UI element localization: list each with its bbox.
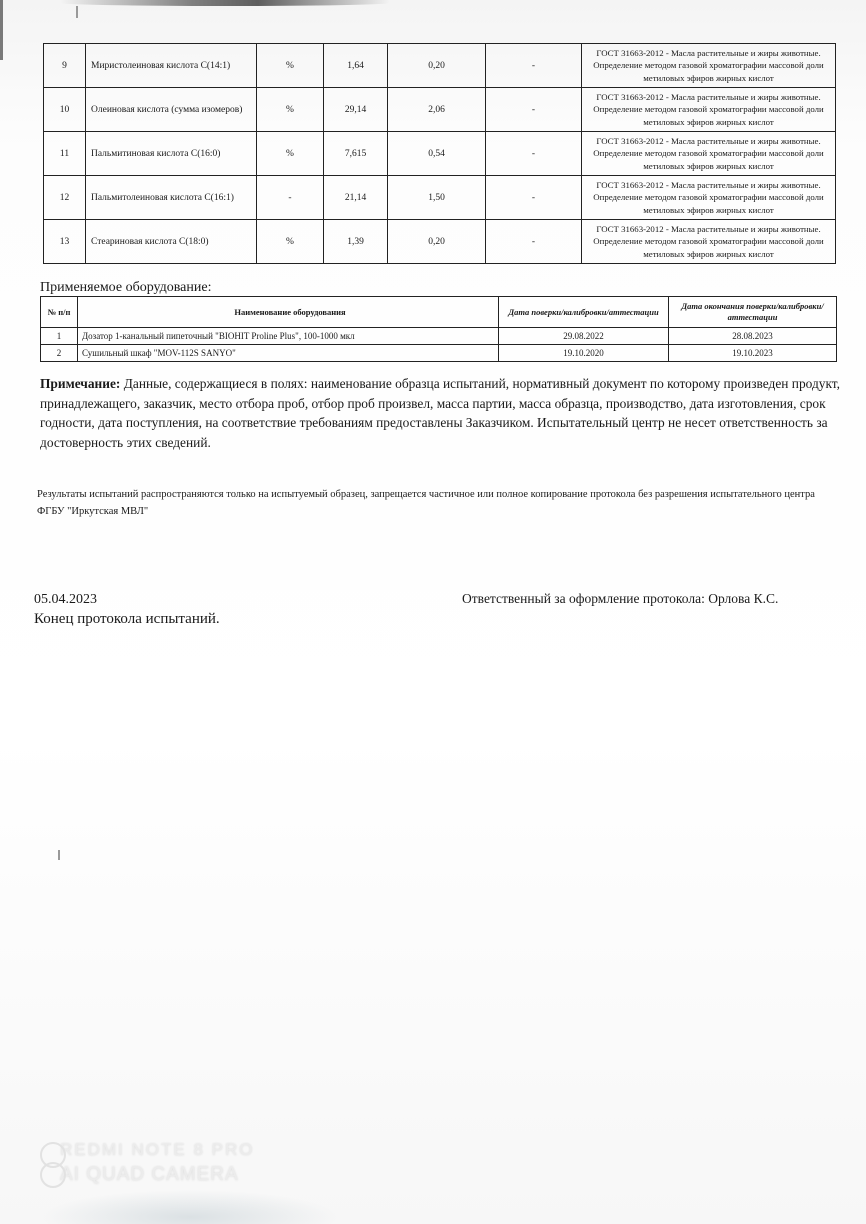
table-header-row: № п/п Наименование оборудования Дата пов… — [41, 297, 837, 328]
camera-watermark: REDMI NOTE 8 PRO AI QUAD CAMERA — [60, 1140, 254, 1186]
unit: - — [257, 176, 324, 220]
row-number: 10 — [44, 88, 86, 132]
paper-mark — [76, 6, 78, 18]
test-method: ГОСТ 31663-2012 - Масла растительные и ж… — [582, 88, 836, 132]
norm-value: - — [486, 176, 582, 220]
result-value: 7,615 — [324, 132, 388, 176]
note-paragraph: Примечание: Данные, содержащиеся в полях… — [40, 374, 840, 452]
note-text: Данные, содержащиеся в полях: наименован… — [40, 376, 840, 450]
page-fold-shadow — [60, 0, 390, 6]
unit: % — [257, 44, 324, 88]
header-verification-date: Дата поверки/калибровки/аттестации — [499, 297, 669, 328]
table-row: 13 Стеариновая кислота C(18:0) % 1,39 0,… — [44, 220, 836, 264]
indicator-name: Миристолеиновая кислота C(14:1) — [86, 44, 257, 88]
verification-end-date: 28.08.2023 — [669, 328, 837, 345]
table-row: 11 Пальмитиновая кислота C(16:0) % 7,615… — [44, 132, 836, 176]
disclaimer-text: Результаты испытаний распространяются то… — [37, 486, 837, 520]
norm-value: - — [486, 44, 582, 88]
error-value: 0,54 — [388, 132, 486, 176]
error-value: 1,50 — [388, 176, 486, 220]
result-value: 1,39 — [324, 220, 388, 264]
error-value: 0,20 — [388, 44, 486, 88]
verification-end-date: 19.10.2023 — [669, 345, 837, 362]
page-edge — [0, 0, 3, 60]
row-number: 11 — [44, 132, 86, 176]
table-row: 1 Дозатор 1-канальный пипеточный "BIOHIT… — [41, 328, 837, 345]
norm-value: - — [486, 132, 582, 176]
row-number: 2 — [41, 345, 78, 362]
end-of-protocol: Конец протокола испытаний. — [34, 611, 220, 628]
indicator-name: Стеариновая кислота C(18:0) — [86, 220, 257, 264]
result-value: 1,64 — [324, 44, 388, 88]
row-number: 9 — [44, 44, 86, 88]
test-method: ГОСТ 31663-2012 - Масла растительные и ж… — [582, 44, 836, 88]
indicator-name: Пальмитолеиновая кислота C(16:1) — [86, 176, 257, 220]
error-value: 0,20 — [388, 220, 486, 264]
verification-date: 29.08.2022 — [499, 328, 669, 345]
indicator-name: Пальмитиновая кислота C(16:0) — [86, 132, 257, 176]
indicator-name: Олеиновая кислота (сумма изомеров) — [86, 88, 257, 132]
result-value: 21,14 — [324, 176, 388, 220]
equipment-table: № п/п Наименование оборудования Дата пов… — [40, 296, 837, 362]
camera-lens-icon — [40, 1162, 66, 1188]
test-method: ГОСТ 31663-2012 - Масла растительные и ж… — [582, 132, 836, 176]
paper-mark — [58, 850, 60, 860]
watermark-model: REDMI NOTE 8 PRO — [60, 1140, 254, 1160]
watermark-camera: AI QUAD CAMERA — [60, 1164, 254, 1186]
equipment-name: Дозатор 1-канальный пипеточный "BIOHIT P… — [78, 328, 499, 345]
responsible-person: Ответственный за оформление протокола: О… — [462, 591, 778, 607]
test-method: ГОСТ 31663-2012 - Масла растительные и ж… — [582, 176, 836, 220]
row-number: 13 — [44, 220, 86, 264]
error-value: 2,06 — [388, 88, 486, 132]
norm-value: - — [486, 88, 582, 132]
header-equipment-name: Наименование оборудования — [78, 297, 499, 328]
results-table: 9 Миристолеиновая кислота C(14:1) % 1,64… — [43, 43, 836, 264]
equipment-name: Сушильный шкаф "MOV-112S SANYO" — [78, 345, 499, 362]
test-method: ГОСТ 31663-2012 - Масла растительные и ж… — [582, 220, 836, 264]
table-row: 9 Миристолеиновая кислота C(14:1) % 1,64… — [44, 44, 836, 88]
table-row: 2 Сушильный шкаф "MOV-112S SANYO" 19.10.… — [41, 345, 837, 362]
header-number: № п/п — [41, 297, 78, 328]
table-row: 10 Олеиновая кислота (сумма изомеров) % … — [44, 88, 836, 132]
row-number: 12 — [44, 176, 86, 220]
row-number: 1 — [41, 328, 78, 345]
note-label: Примечание: — [40, 376, 120, 391]
norm-value: - — [486, 220, 582, 264]
photo-blur — [40, 1190, 340, 1224]
header-verification-end-date: Дата окончания поверки/калибровки/аттест… — [669, 297, 837, 328]
equipment-section-title: Применяемое оборудование: — [40, 280, 211, 296]
result-value: 29,14 — [324, 88, 388, 132]
verification-date: 19.10.2020 — [499, 345, 669, 362]
unit: % — [257, 88, 324, 132]
unit: % — [257, 220, 324, 264]
unit: % — [257, 132, 324, 176]
table-row: 12 Пальмитолеиновая кислота C(16:1) - 21… — [44, 176, 836, 220]
protocol-date: 05.04.2023 — [34, 592, 97, 608]
